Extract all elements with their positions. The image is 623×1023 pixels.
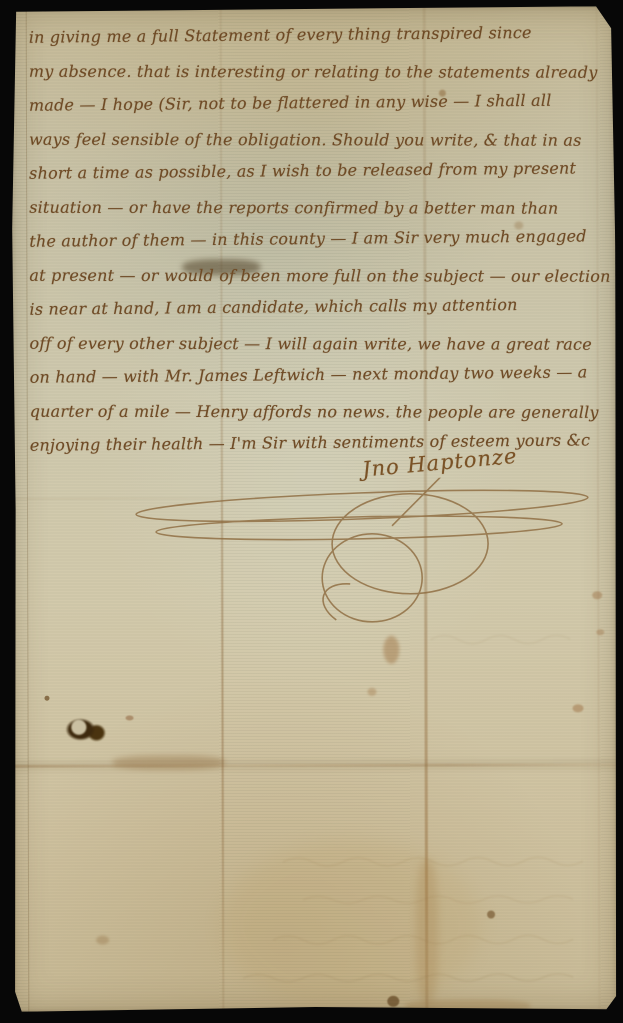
letter-line-13: enjoying their health — I'm Sir with sen… bbox=[30, 423, 605, 463]
age-stain bbox=[573, 704, 584, 712]
signature-flourish bbox=[124, 477, 594, 638]
crease-stain bbox=[113, 755, 225, 769]
letter-page: in giving me a full Statement of every t… bbox=[11, 6, 618, 1012]
ink-blot-stain bbox=[65, 717, 107, 745]
age-stain bbox=[96, 936, 109, 945]
letter-line-1: in giving me a full Statement of every t… bbox=[29, 15, 604, 55]
letter-line-9: is near at hand, I am a candidate, which… bbox=[29, 287, 604, 327]
letter-line-11: on hand — with Mr. James Leftwich — next… bbox=[29, 355, 604, 395]
scan-background: in giving me a full Statement of every t… bbox=[0, 0, 623, 1023]
letter-body: in giving me a full Statement of every t… bbox=[29, 19, 605, 463]
letter-line-7: the author of them — in this county — I … bbox=[29, 219, 604, 259]
age-stain bbox=[387, 996, 399, 1007]
age-stain bbox=[405, 999, 530, 1012]
fold-crease-horizontal bbox=[13, 763, 617, 768]
age-stain bbox=[592, 591, 602, 599]
age-stain bbox=[383, 636, 399, 664]
age-stain bbox=[367, 688, 376, 696]
letter-line-5: short a time as possible, as I wish to b… bbox=[29, 151, 604, 191]
age-stain bbox=[487, 911, 495, 919]
age-stain bbox=[596, 629, 604, 635]
letter-line-3: made — I hope (Sir, not to be flattered … bbox=[29, 83, 604, 123]
age-stain bbox=[126, 715, 134, 720]
crease-stain bbox=[416, 860, 438, 1005]
age-stain bbox=[221, 840, 481, 1011]
age-stain bbox=[44, 696, 49, 701]
fold-crease-horizontal-faint bbox=[12, 497, 362, 500]
